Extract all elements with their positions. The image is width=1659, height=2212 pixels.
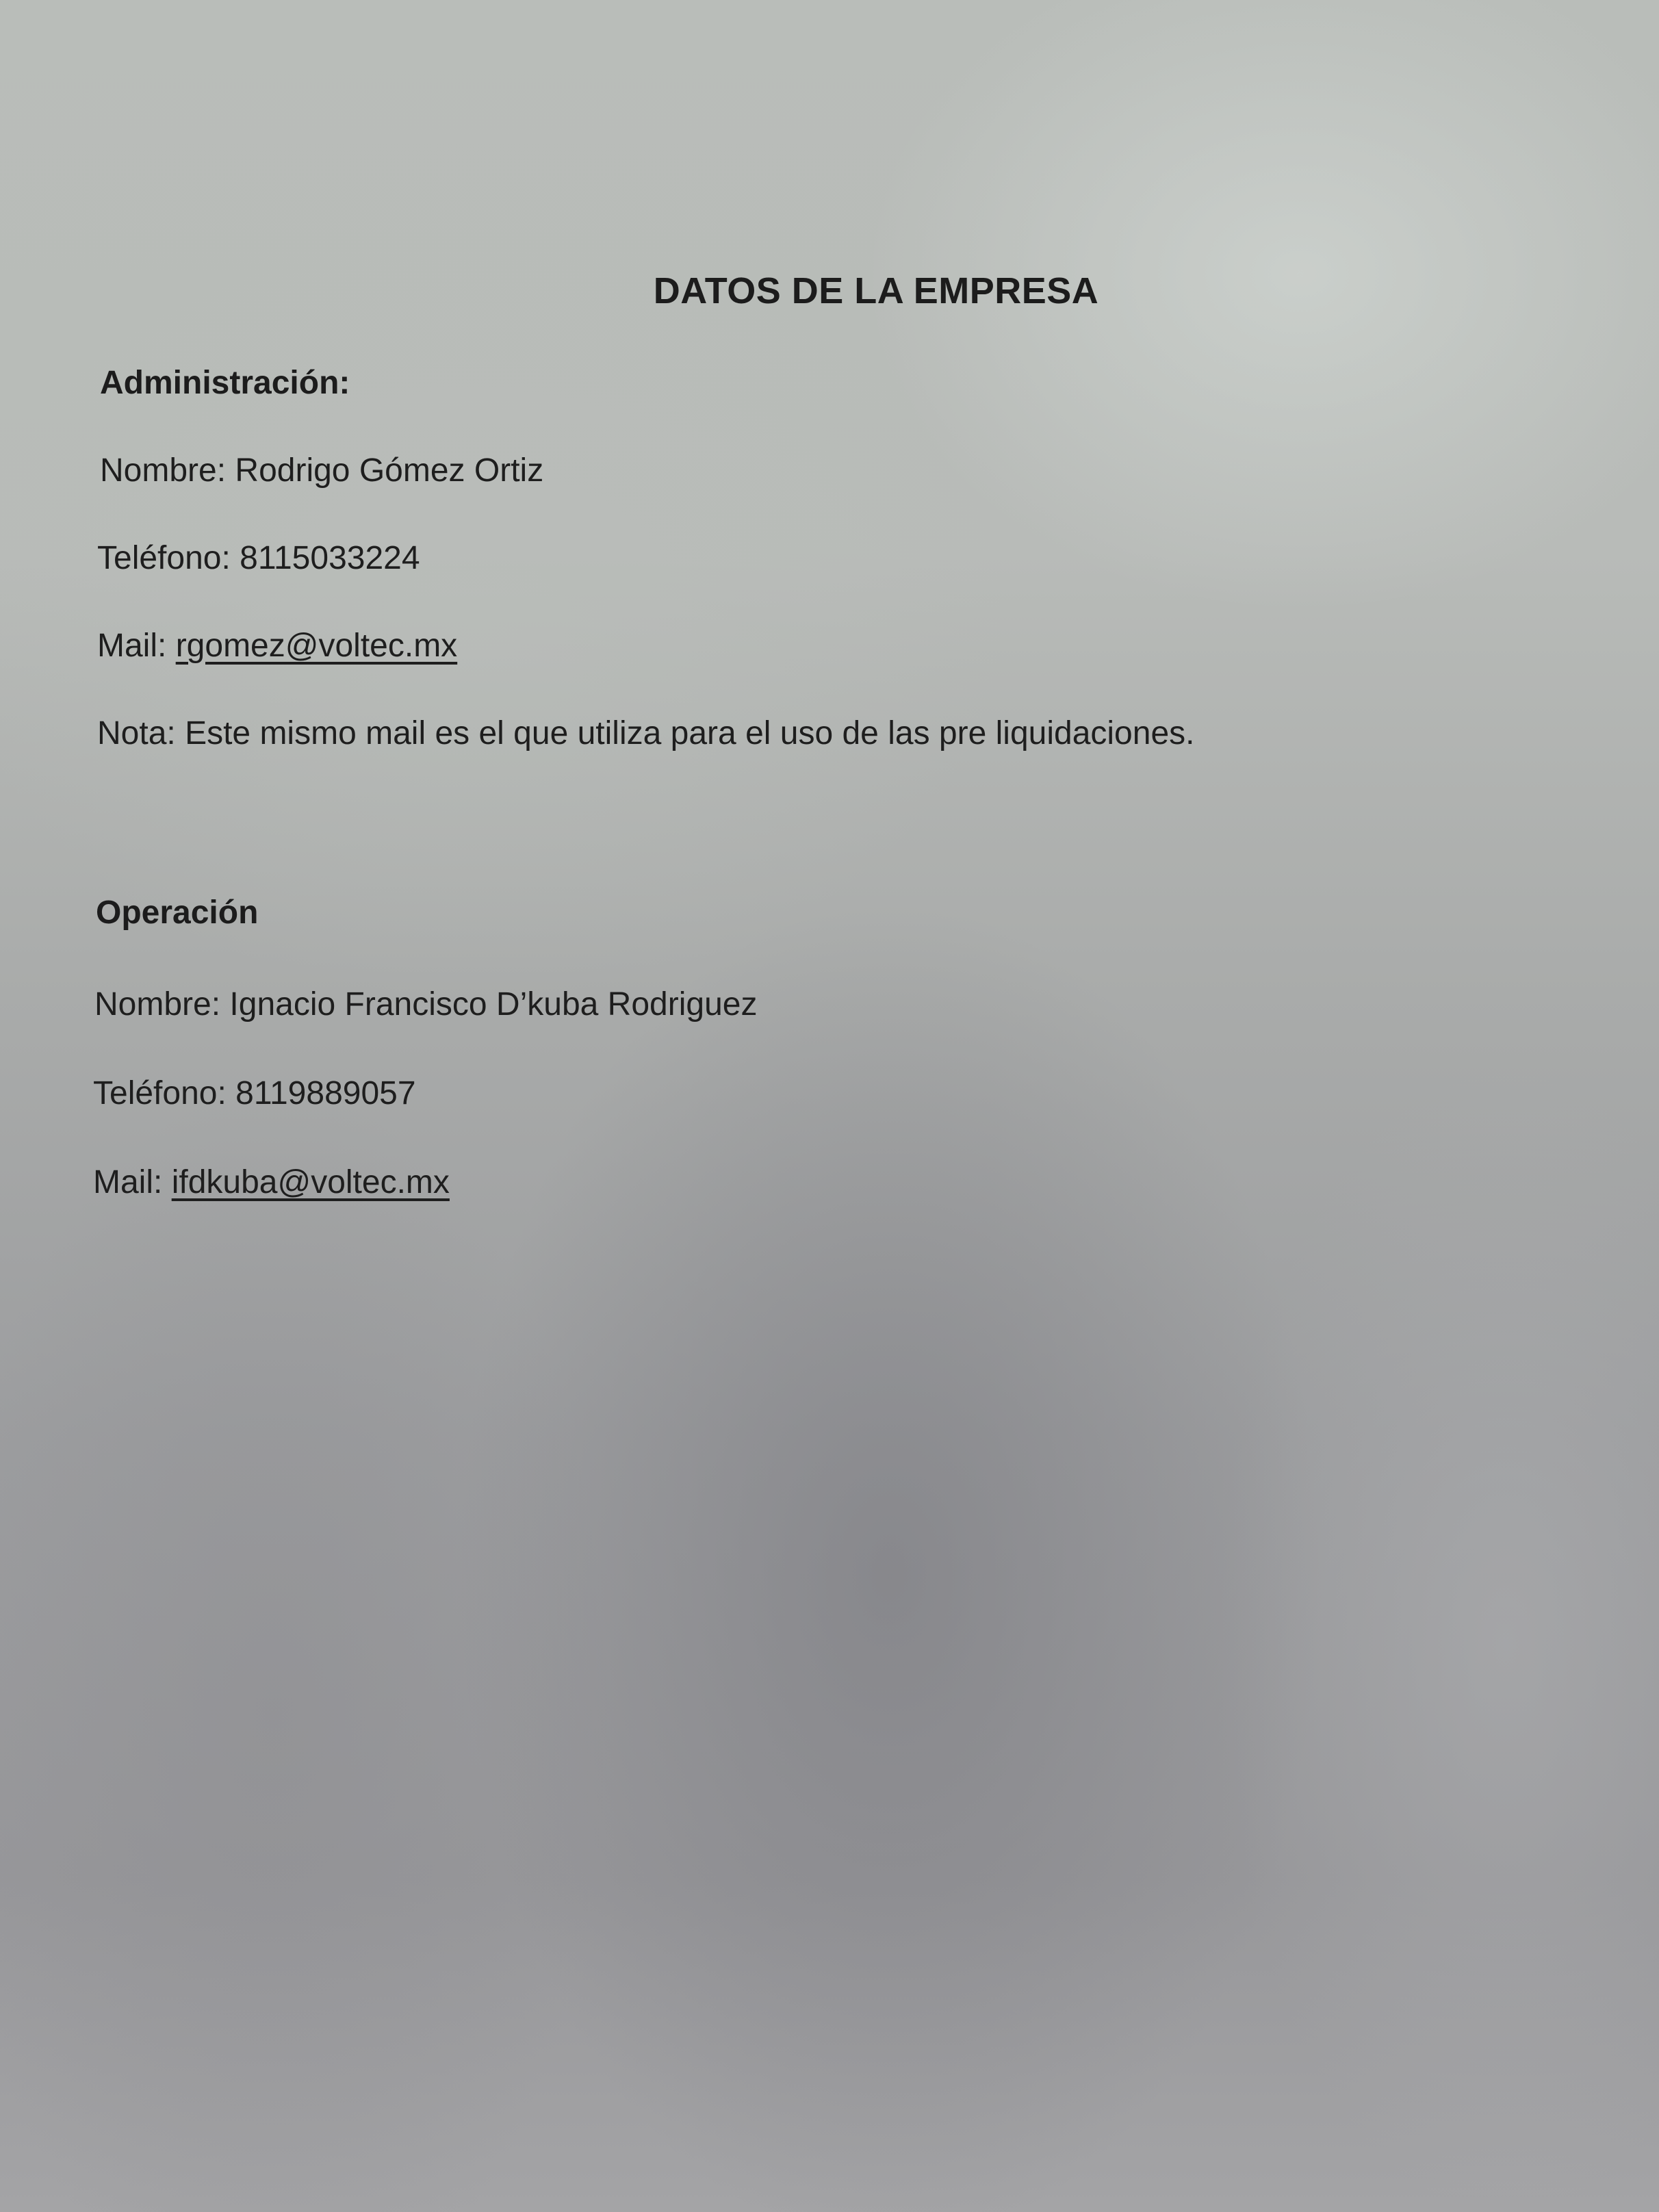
phone-label: Teléfono: (97, 540, 231, 576)
printed-page: DATOS DE LA EMPRESA Administración: Nomb… (0, 0, 1659, 2212)
section-heading-operacion: Operación (96, 894, 258, 931)
phone-label: Teléfono: (93, 1075, 227, 1111)
op-phone-value: 8119889057 (235, 1075, 415, 1111)
op-email-link[interactable]: ifdkuba@voltec.mx (172, 1164, 450, 1200)
op-mail-row: Mail: ifdkuba@voltec.mx (93, 1163, 450, 1201)
op-name-value: Ignacio Francisco D’kuba Rodriguez (229, 986, 757, 1023)
op-name-row: Nombre: Ignacio Francisco D’kuba Rodrigu… (94, 986, 757, 1023)
admin-email-link[interactable]: rgomez@voltec.mx (176, 628, 458, 664)
document-title: DATOS DE LA EMPRESA (0, 270, 1659, 312)
op-phone-row: Teléfono: 8119889057 (93, 1075, 416, 1112)
name-label: Nombre: (100, 452, 226, 489)
admin-name-value: Rodrigo Gómez Ortiz (235, 452, 543, 489)
mail-label: Mail: (97, 628, 166, 664)
admin-mail-row: Mail: rgomez@voltec.mx (97, 627, 457, 665)
mail-label: Mail: (93, 1164, 162, 1200)
admin-phone-value: 8115033224 (240, 540, 420, 576)
admin-phone-row: Teléfono: 8115033224 (97, 539, 420, 577)
name-label: Nombre: (94, 986, 220, 1023)
admin-note: Nota: Este mismo mail es el que utiliza … (97, 715, 1194, 752)
admin-name-row: Nombre: Rodrigo Gómez Ortiz (100, 452, 543, 489)
section-heading-administracion: Administración: (100, 364, 350, 402)
